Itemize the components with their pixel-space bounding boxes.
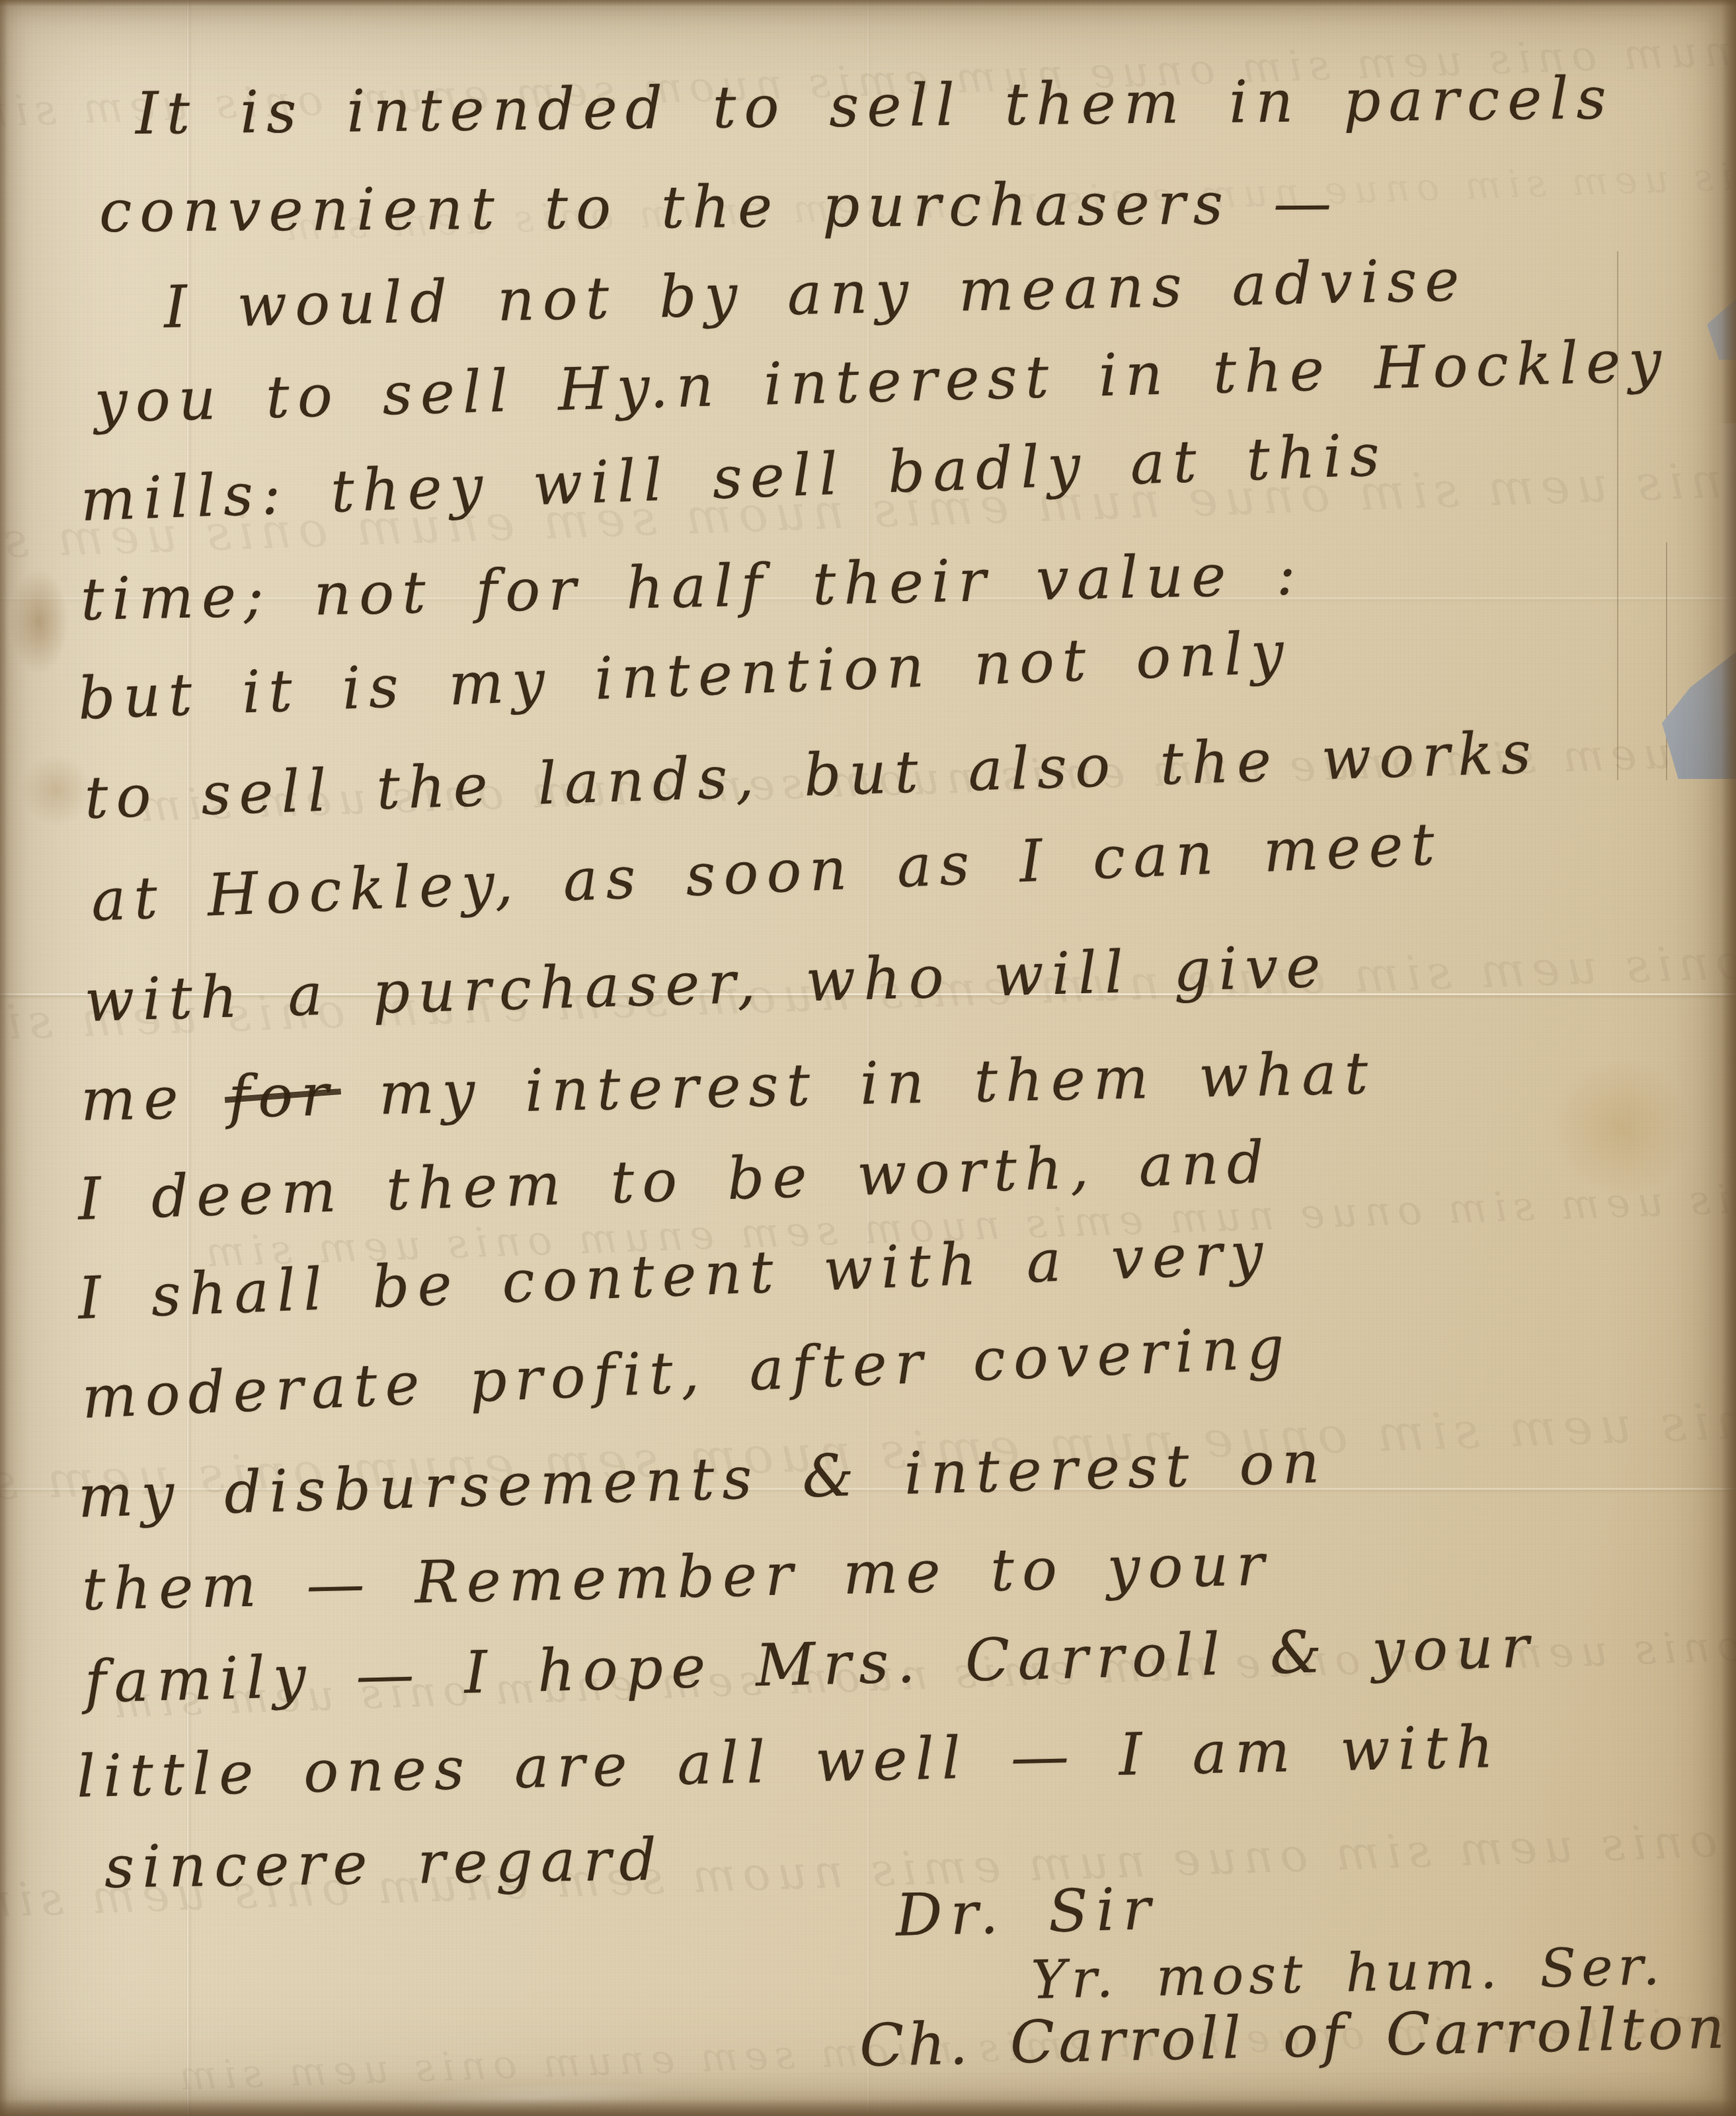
letter-line-9: at Hockley, as soon as I can meet <box>90 809 1444 934</box>
letter-line-13: I shall be content with a very <box>77 1219 1272 1332</box>
foxing-stain <box>1544 1058 1696 1197</box>
letter-line-7: but it is my intention not only <box>77 618 1292 733</box>
letter-line-16: them — Remember me to your <box>81 1530 1273 1623</box>
letter-page: em onis uem sim onue num emis nuom sem e… <box>0 0 1736 2116</box>
letter-line-3: I would not by any means advise <box>163 246 1468 341</box>
letter-line-11: me for my interest in them what <box>80 1039 1376 1134</box>
letter-line-11-after: my interest in them what <box>336 1039 1376 1129</box>
letter-line-18: little ones are all well — I am with <box>76 1713 1502 1811</box>
paper-right-edge <box>1721 0 1736 2116</box>
struck-word: for <box>227 1061 337 1131</box>
letter-line-5: mills: they will sell badly at this <box>79 421 1388 534</box>
closing-salutation: Dr. Sir <box>895 1875 1160 1949</box>
paper-left-edge <box>0 0 8 2116</box>
letter-line-1: It is intended to sell them in parcels <box>135 64 1614 147</box>
letter-line-12: I deem them to be worth, and <box>77 1127 1273 1233</box>
letter-line-17: family — I hope Mrs. Carroll & your <box>84 1612 1538 1716</box>
paper-crack-line <box>1666 542 1667 780</box>
letter-line-10: with a purchaser, who will give <box>84 932 1329 1035</box>
letter-line-4: you to sell Hy.n interest in the Hockley <box>94 327 1670 436</box>
ink-stain <box>9 569 69 674</box>
letter-line-2: convenient to the purchasers — <box>99 169 1340 245</box>
paper-top-edge <box>0 0 1736 7</box>
letter-line-14: moderate profit, after covering <box>81 1313 1294 1432</box>
letter-line-15: my disbursements & interest on <box>77 1428 1329 1531</box>
signature: Ch. Carroll of Carrollton <box>859 1993 1729 2080</box>
paper-bottom-edge <box>0 2099 1736 2116</box>
letter-line-6: time; not for half their value : <box>80 540 1304 633</box>
letter-line-19: sincere regard <box>104 1825 664 1901</box>
letter-line-11-before: me <box>80 1063 229 1134</box>
ink-stain <box>20 754 93 827</box>
